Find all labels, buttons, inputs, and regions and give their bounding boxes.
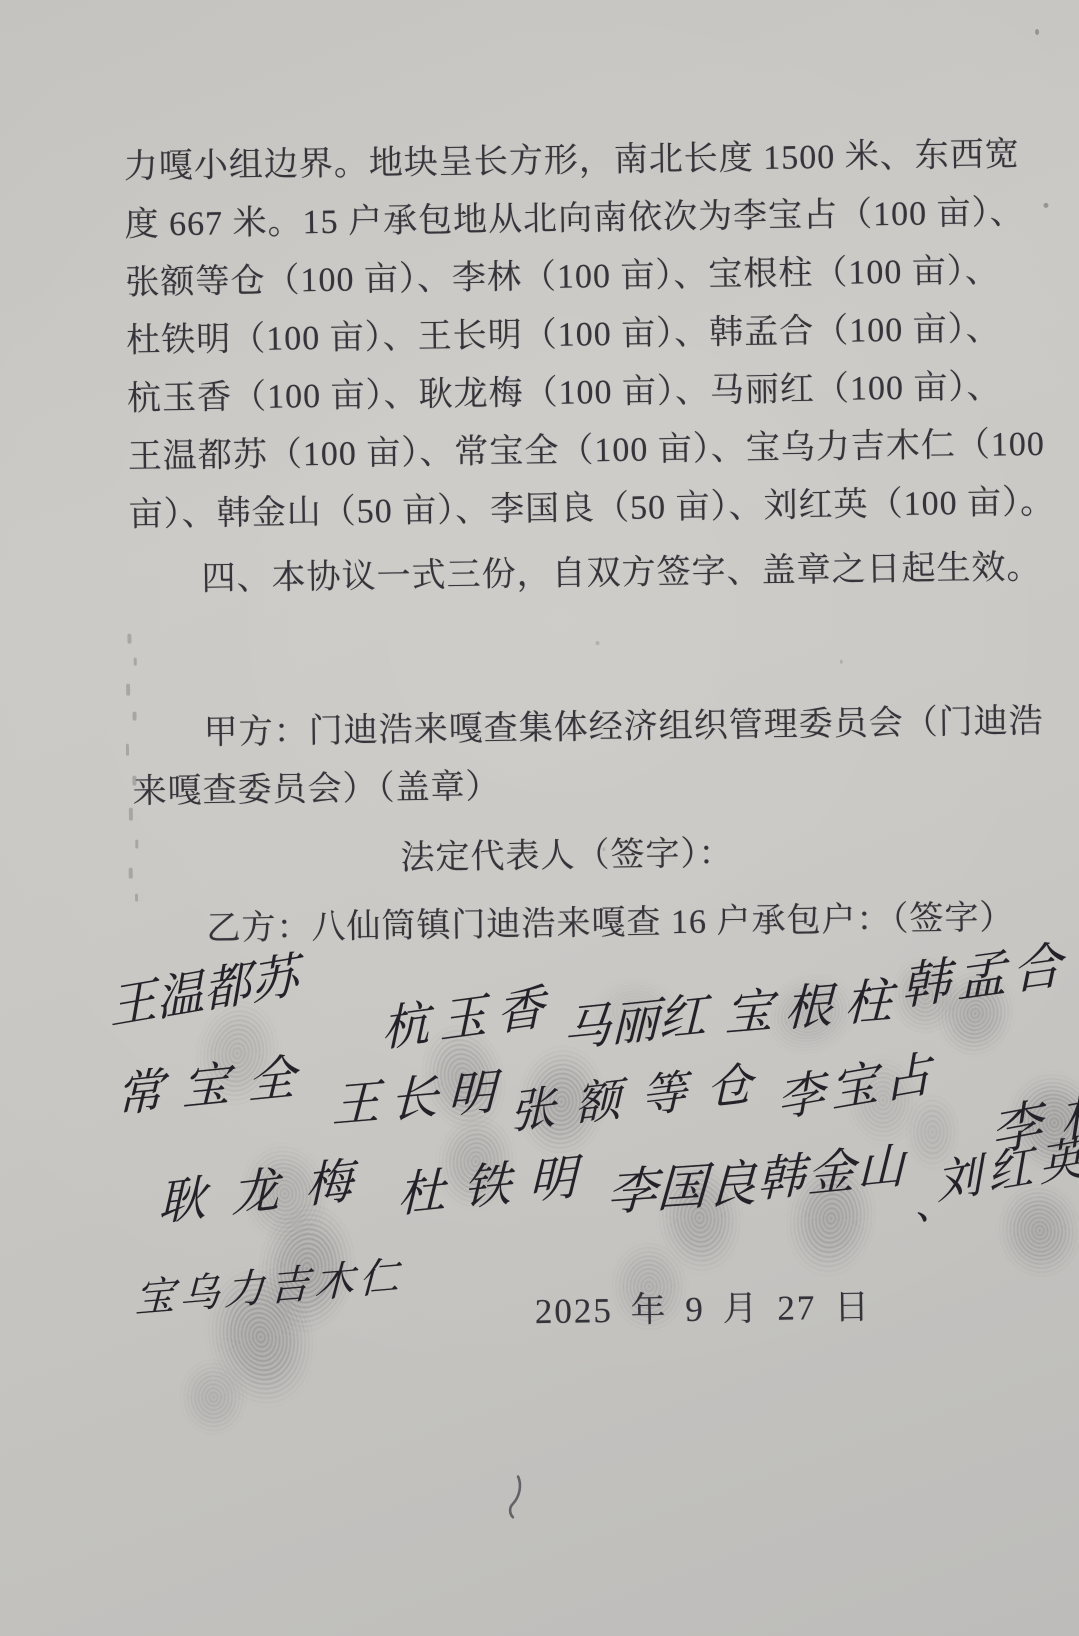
signature: 李宝占 (775, 1034, 939, 1131)
body-line: 王温都苏（100 亩）、常宝全（100 亩）、宝乌力吉木仁（100 (127, 416, 1045, 478)
ink-bleed-mark (129, 868, 133, 879)
signature: 李国良 (606, 1143, 758, 1225)
signature: 马丽红 (563, 976, 707, 1060)
body-line: 张额等仓（100 亩）、李林（100 亩）、宝根柱（100 亩）、 (125, 243, 1000, 304)
ink-bleed-mark (135, 894, 138, 902)
body-line: 力嘎小组边界。地块呈长方形，南北长度 1500 米、东西宽 (123, 126, 1020, 188)
paper-speck (1043, 203, 1048, 208)
body-line: 亩）、韩金山（50 亩）、李国良（50 亩）、刘红英（100 亩）。 (128, 474, 1055, 536)
document-photo: 力嘎小组边界。地块呈长方形，南北长度 1500 米、东西宽 度 667 米。15… (0, 0, 1079, 1636)
ink-bleed-mark (135, 840, 138, 849)
date-line: 2025 年 9 月 27 日 (534, 1279, 871, 1334)
paper-speck (840, 660, 843, 664)
paper-speck (1035, 29, 1039, 35)
paper-speck (596, 641, 600, 645)
stray-pen-mark (502, 1471, 528, 1523)
signature: 张额等仓 (509, 1045, 772, 1143)
signature: 王温都苏 (106, 936, 300, 1038)
signature: 杭玉香 (380, 967, 555, 1060)
signature: 杜铁明 (397, 1136, 594, 1225)
paper-sheet: 力嘎小组边界。地块呈长方形，南北长度 1500 米、东西宽 度 667 米。15… (0, 0, 1079, 1636)
signature: 王长明 (331, 1052, 506, 1136)
signature: 宝根柱 (724, 960, 905, 1044)
signature: 耿龙梅 (157, 1139, 378, 1235)
legal-representative-line: 法定代表人（签字）： (400, 825, 734, 879)
ink-bleed-mark (126, 744, 129, 756)
fingerprint-mark (175, 1354, 251, 1440)
body-line: 杜铁明（100 亩）、王长明（100 亩）、韩孟合（100 亩）、 (126, 301, 1001, 362)
signature: 宝乌力吉木仁 (134, 1244, 404, 1324)
body-line: 杭玉香（100 亩）、耿龙梅（100 亩）、马丽红（100 亩）、 (127, 359, 1002, 420)
ink-bleed-mark (134, 658, 137, 666)
signature: 刘红英 (934, 1120, 1079, 1213)
ink-bleed-mark (132, 712, 136, 721)
party-b-line: 乙方：八仙筒镇门迪浩来嘎查 16 户承包户：（签字） (206, 889, 1015, 949)
ink-bleed-mark (127, 634, 131, 644)
signature: 韩金山 (757, 1126, 906, 1211)
body-line: 度 667 米。15 户承包地从北向南依次为李宝占（100 亩）、 (124, 184, 1025, 246)
ink-bleed-mark (126, 684, 130, 696)
party-a-line-1: 甲方：门迪浩来嘎查集体经济组织管理委员会（门迪浩 (203, 693, 1044, 754)
party-a-line-2: 来嘎查委员会）（盖章） (132, 759, 501, 813)
signature: 常宝全 (116, 1036, 313, 1125)
clause-four-line: 四、本协议一式三份，自双方签字、盖章之日起生效。 (201, 539, 1042, 600)
